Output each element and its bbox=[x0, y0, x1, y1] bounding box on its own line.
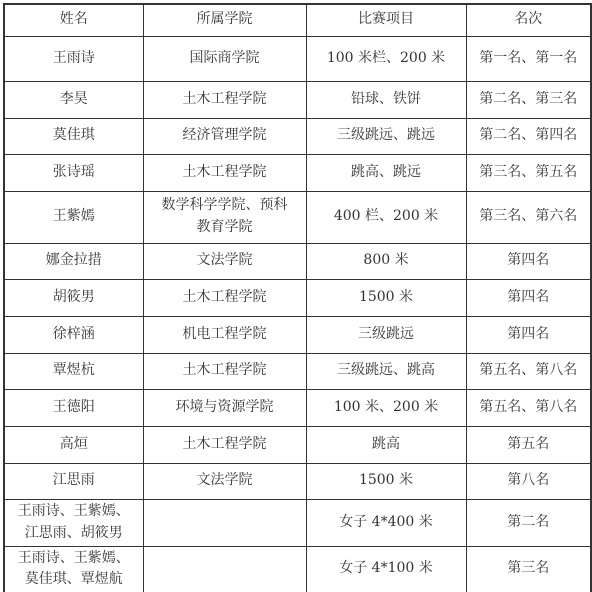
cell-event: 铅球、铁饼 bbox=[306, 81, 466, 118]
header-rank: 名次 bbox=[466, 4, 591, 36]
table-row: 娜金拉措文法学院800 米第四名 bbox=[4, 243, 591, 279]
cell-rank: 第五名、第八名 bbox=[466, 353, 591, 389]
cell-event: 跳高 bbox=[306, 426, 466, 463]
results-document-page: 姓名 所属学院 比赛项目 名次 王雨诗国际商学院100 米栏、200 米第一名、… bbox=[0, 0, 592, 592]
cell-event: 三级跳远、跳高 bbox=[306, 353, 466, 389]
table-row: 莫佳琪经济管理学院三级跳远、跳远第二名、第四名 bbox=[4, 118, 591, 154]
cell-rank: 第二名、第四名 bbox=[466, 118, 591, 154]
cell-name: 覃煜杭 bbox=[4, 353, 143, 389]
cell-event: 400 栏、200 米 bbox=[306, 191, 466, 243]
cell-name: 胡筱男 bbox=[4, 279, 143, 316]
table-body: 王雨诗国际商学院100 米栏、200 米第一名、第一名李昊土木工程学院铅球、铁饼… bbox=[4, 36, 591, 592]
cell-name: 王紫嫣 bbox=[4, 191, 143, 243]
cell-name: 莫佳琪 bbox=[4, 118, 143, 154]
cell-college: 土木工程学院 bbox=[143, 81, 306, 118]
table-row: 王雨诗国际商学院100 米栏、200 米第一名、第一名 bbox=[4, 36, 591, 81]
cell-event: 三级跳远、跳远 bbox=[306, 118, 466, 154]
cell-name: 徐梓涵 bbox=[4, 316, 143, 353]
cell-name: 李昊 bbox=[4, 81, 143, 118]
table-row: 王雨诗、王紫嫣、莫佳琪、覃煜航女子 4*100 米第三名 bbox=[4, 546, 591, 592]
cell-college bbox=[143, 499, 306, 546]
cell-rank: 第八名 bbox=[466, 463, 591, 499]
cell-college: 机电工程学院 bbox=[143, 316, 306, 353]
cell-college: 文法学院 bbox=[143, 463, 306, 499]
cell-name: 娜金拉措 bbox=[4, 243, 143, 279]
cell-event: 跳高、跳远 bbox=[306, 154, 466, 191]
competition-results-table: 姓名 所属学院 比赛项目 名次 王雨诗国际商学院100 米栏、200 米第一名、… bbox=[3, 3, 592, 592]
cell-name: 高烜 bbox=[4, 426, 143, 463]
cell-name: 王雨诗 bbox=[4, 36, 143, 81]
cell-college: 文法学院 bbox=[143, 243, 306, 279]
cell-college: 土木工程学院 bbox=[143, 353, 306, 389]
cell-rank: 第四名 bbox=[466, 243, 591, 279]
cell-name: 王德阳 bbox=[4, 389, 143, 426]
cell-rank: 第五名、第八名 bbox=[466, 389, 591, 426]
cell-event: 1500 米 bbox=[306, 463, 466, 499]
table-row: 张诗瑶土木工程学院跳高、跳远第三名、第五名 bbox=[4, 154, 591, 191]
cell-rank: 第一名、第一名 bbox=[466, 36, 591, 81]
cell-rank: 第二名 bbox=[466, 499, 591, 546]
table-row: 江思雨文法学院1500 米第八名 bbox=[4, 463, 591, 499]
cell-rank: 第二名、第三名 bbox=[466, 81, 591, 118]
header-name: 姓名 bbox=[4, 4, 143, 36]
table-row: 王雨诗、王紫嫣、江思雨、胡筱男女子 4*400 米第二名 bbox=[4, 499, 591, 546]
cell-name: 江思雨 bbox=[4, 463, 143, 499]
cell-event: 女子 4*400 米 bbox=[306, 499, 466, 546]
cell-rank: 第五名 bbox=[466, 426, 591, 463]
cell-event: 800 米 bbox=[306, 243, 466, 279]
cell-college bbox=[143, 546, 306, 592]
header-event: 比赛项目 bbox=[306, 4, 466, 36]
cell-college: 土木工程学院 bbox=[143, 279, 306, 316]
header-row: 姓名 所属学院 比赛项目 名次 bbox=[4, 4, 591, 36]
cell-event: 100 米、200 米 bbox=[306, 389, 466, 426]
cell-rank: 第三名、第五名 bbox=[466, 154, 591, 191]
cell-event: 100 米栏、200 米 bbox=[306, 36, 466, 81]
table-row: 覃煜杭土木工程学院三级跳远、跳高第五名、第八名 bbox=[4, 353, 591, 389]
table-row: 高烜土木工程学院跳高第五名 bbox=[4, 426, 591, 463]
cell-college: 国际商学院 bbox=[143, 36, 306, 81]
cell-name: 张诗瑶 bbox=[4, 154, 143, 191]
table-row: 王紫嫣数学科学学院、预科教育学院400 栏、200 米第三名、第六名 bbox=[4, 191, 591, 243]
table-row: 徐梓涵机电工程学院三级跳远第四名 bbox=[4, 316, 591, 353]
cell-rank: 第四名 bbox=[466, 316, 591, 353]
cell-rank: 第三名 bbox=[466, 546, 591, 592]
table-row: 李昊土木工程学院铅球、铁饼第二名、第三名 bbox=[4, 81, 591, 118]
cell-college: 土木工程学院 bbox=[143, 426, 306, 463]
cell-rank: 第三名、第六名 bbox=[466, 191, 591, 243]
cell-event: 女子 4*100 米 bbox=[306, 546, 466, 592]
cell-name: 王雨诗、王紫嫣、江思雨、胡筱男 bbox=[4, 499, 143, 546]
cell-event: 1500 米 bbox=[306, 279, 466, 316]
cell-rank: 第四名 bbox=[466, 279, 591, 316]
cell-college: 环境与资源学院 bbox=[143, 389, 306, 426]
cell-name: 王雨诗、王紫嫣、莫佳琪、覃煜航 bbox=[4, 546, 143, 592]
cell-event: 三级跳远 bbox=[306, 316, 466, 353]
header-college: 所属学院 bbox=[143, 4, 306, 36]
table-row: 胡筱男土木工程学院1500 米第四名 bbox=[4, 279, 591, 316]
cell-college: 土木工程学院 bbox=[143, 154, 306, 191]
cell-college: 经济管理学院 bbox=[143, 118, 306, 154]
cell-college: 数学科学学院、预科教育学院 bbox=[143, 191, 306, 243]
table-row: 王德阳环境与资源学院100 米、200 米第五名、第八名 bbox=[4, 389, 591, 426]
